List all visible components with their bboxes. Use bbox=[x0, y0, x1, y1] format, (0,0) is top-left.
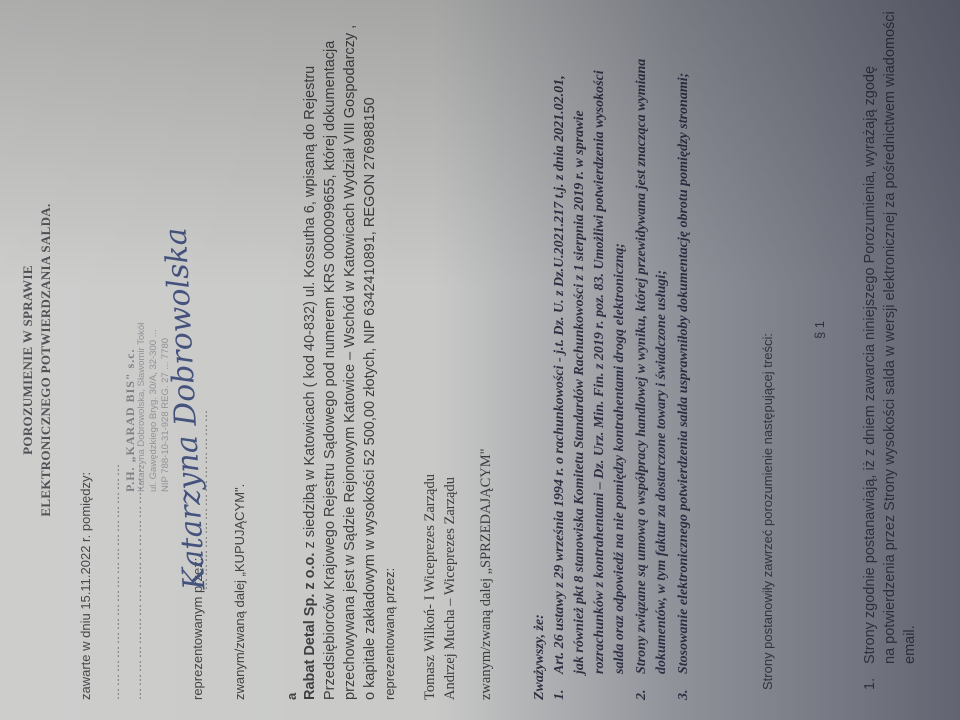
seller-address: z siedzibą w Katowicach ( kod 40-832) ul… bbox=[302, 66, 318, 553]
considering-item-3: 3.Stosowanie elektronicznego potwierdzen… bbox=[674, 73, 694, 700]
clause-number: 1. bbox=[860, 664, 880, 690]
clause-text: Strony zgodnie postanawiają, iż z dniem … bbox=[862, 66, 878, 664]
clause-1: 1.Strony zgodnie postanawiają, iż z dnie… bbox=[860, 0, 920, 690]
conjunction-and: a bbox=[284, 693, 299, 700]
considering-item-2: 2.Strony związane są umową o współpracy … bbox=[632, 59, 672, 700]
section-heading: § 1 bbox=[812, 0, 827, 720]
parties-agreed: Strony postanowiły zawrzeć porozumienie … bbox=[760, 333, 775, 690]
signature-line: ………………………………… bbox=[196, 408, 211, 590]
item-text: Stosowanie elektronicznego potwierdzenia… bbox=[676, 73, 691, 674]
stamp-address: ul. Gawędzkiego Bryg. 30/A, 32-300 ... bbox=[148, 323, 160, 492]
item-text: jak również pkt 8 stanowiska Komitetu St… bbox=[570, 10, 590, 700]
document-page: POROZUMIENIE W SPRAWIE ELEKTRONICZNEGO P… bbox=[0, 0, 960, 720]
clause-text: na potwierdzenia przez Strony wysokości … bbox=[880, 0, 900, 690]
item-text: Art. 26 ustawy z 29 września 1994 r. o r… bbox=[552, 75, 567, 674]
document-title-line-2: ELEKTRONICZNEGO POTWIERDZANIA SALDA. bbox=[38, 0, 54, 720]
seller-line-3: przechowywana jest w Sądzie Rejonowym Ka… bbox=[340, 25, 360, 700]
seller-line-2: Przedsiębiorców Krajowego Rejestru Sądow… bbox=[320, 41, 340, 700]
seller-line-1: Rabat Detal Sp. z o.o. z siedzibą w Kato… bbox=[300, 66, 320, 700]
item-number: 1. bbox=[550, 674, 570, 700]
stamp-company-name: P.H. „KARAD BIS" s.c. bbox=[124, 323, 136, 492]
considering-item-1: 1.Art. 26 ustawy z 29 września 1994 r. o… bbox=[550, 10, 630, 700]
seller-represented-by: reprezentowaną przez: bbox=[382, 568, 397, 700]
seller-line-4: o kapitale zakładowym w wysokości 52 500… bbox=[360, 97, 380, 700]
item-number: 3. bbox=[674, 674, 694, 700]
seller-representative-1: Tomasz Wilkoń- I Wiceprezes Zarządu bbox=[420, 474, 440, 700]
item-text: dokumentów, w tym faktur za dostarczone … bbox=[652, 59, 672, 700]
seller-company-name: Rabat Detal Sp. z o.o. bbox=[302, 553, 318, 700]
buyer-designation: zwanym/zwaną dalej „KUPUJĄCYM". bbox=[232, 484, 247, 700]
item-text: rozrachunków z kontrahentami – Dz. Urz. … bbox=[590, 10, 610, 700]
dotted-line: …………………………………………… bbox=[108, 462, 123, 700]
concluded-on: zawarte w dniu 15.11.2022 r. pomiędzy: bbox=[78, 472, 93, 700]
item-text: Strony związane są umową o współpracy ha… bbox=[634, 59, 649, 674]
seller-representative-2: Andrzej Mucha – Wiceprezes Zarządu bbox=[440, 477, 460, 700]
seller-designation: zwanym/zwaną dalej „SPRZEDAJĄCYM" bbox=[476, 448, 496, 700]
item-text: salda oraz odpowiedź na nie pomiędzy kon… bbox=[610, 10, 630, 700]
buyer-block: …………………………………………… bbox=[128, 462, 146, 700]
clause-text: email. bbox=[900, 0, 920, 690]
considering-heading: Zważywszy, że: bbox=[530, 614, 550, 700]
item-number: 2. bbox=[632, 674, 652, 700]
document-title-line-1: POROZUMIENIE W SPRAWIE bbox=[20, 0, 36, 720]
dotted-line: …………………………………………… bbox=[130, 462, 144, 700]
stamp-owners: Katarzyna Dobrowolska, Sławomir Tokół bbox=[136, 323, 148, 492]
